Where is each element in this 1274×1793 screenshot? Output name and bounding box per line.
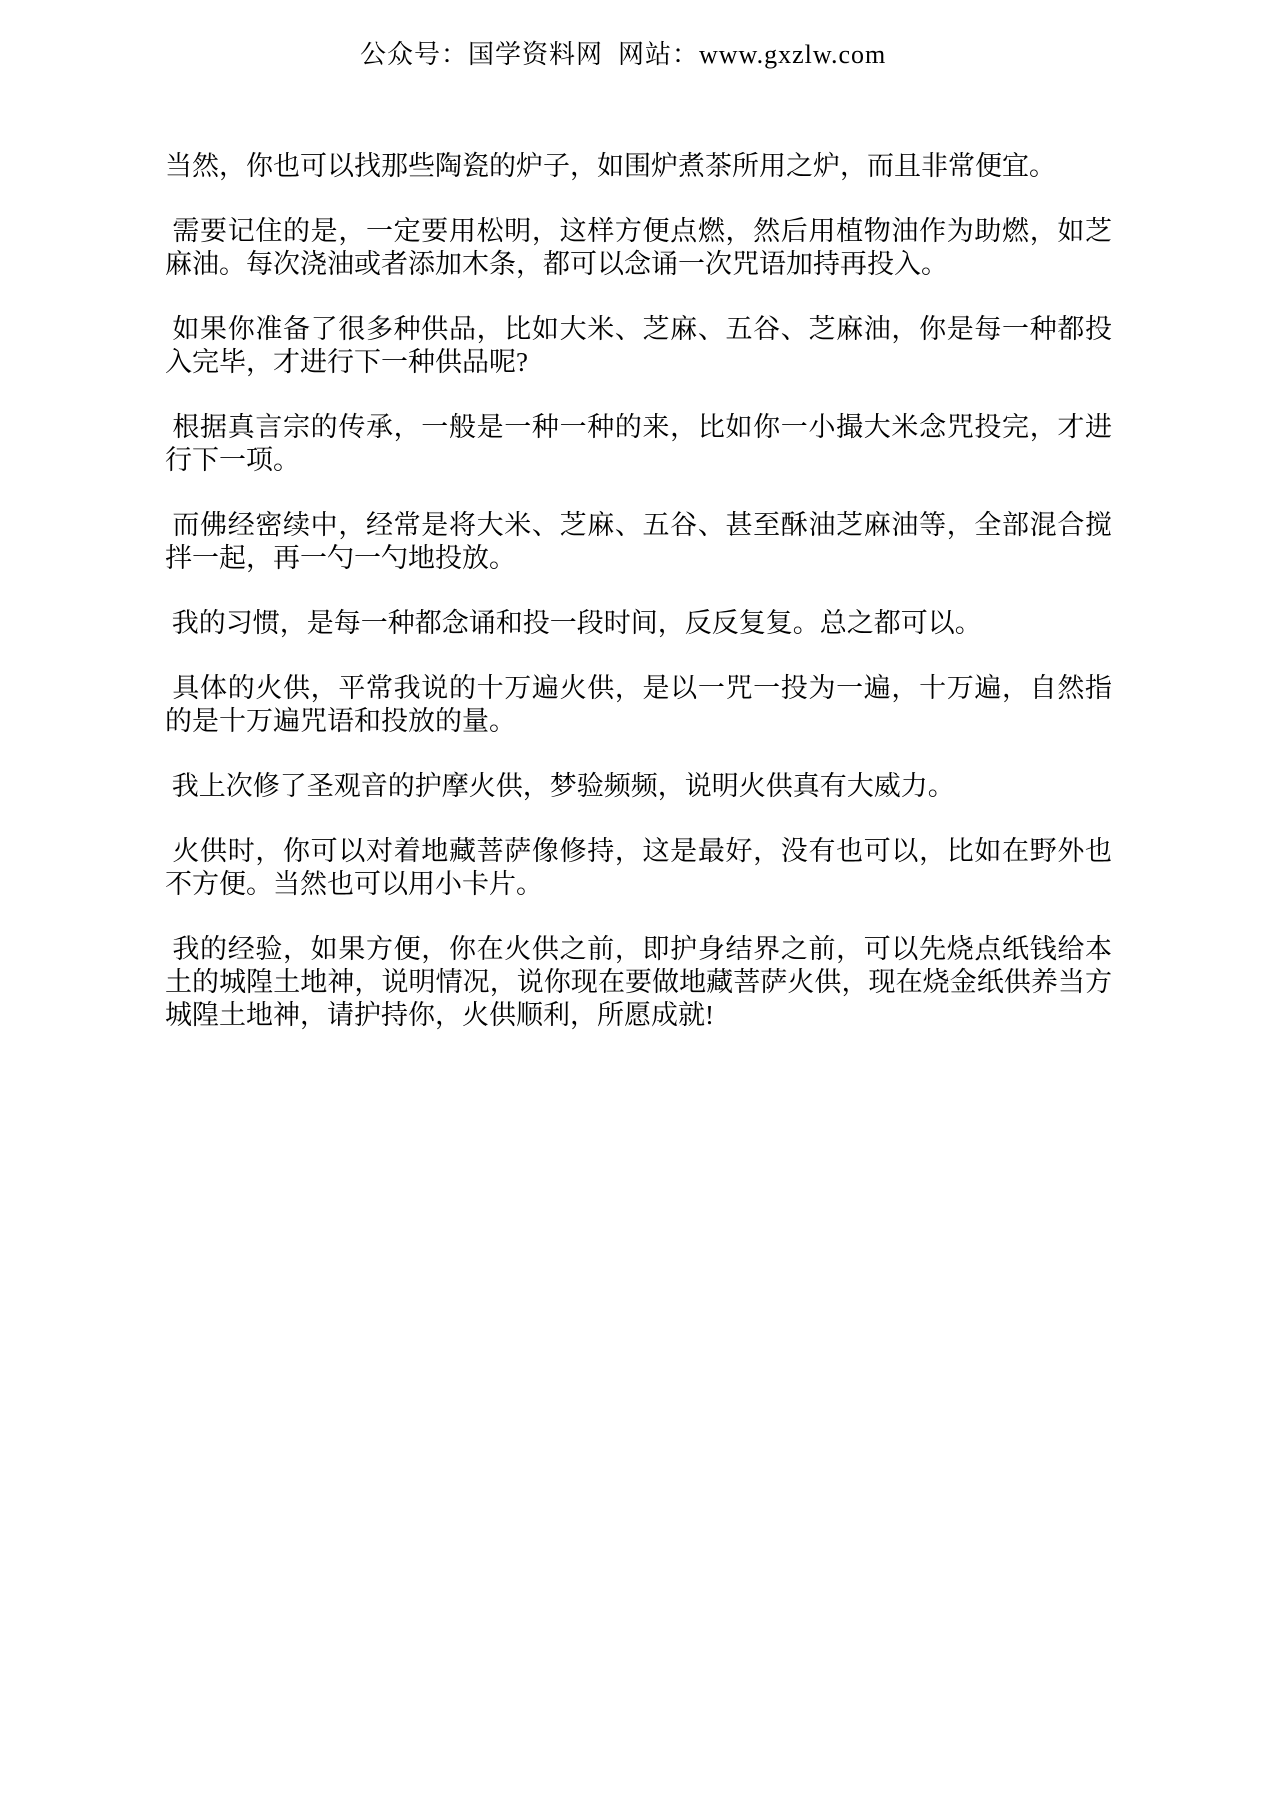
paragraph-4: 根据真言宗的传承，一般是一种一种的来，比如你一小撮大米念咒投完，才进行下一项。 [165,411,1112,477]
paragraph-7: 具体的火供，平常我说的十万遍火供，是以一咒一投为一遍，十万遍，自然指的是十万遍咒… [165,672,1112,738]
document-body: 当然，你也可以找那些陶瓷的炉子，如围炉煮茶所用之炉，而且非常便宜。 需要记住的是… [165,150,1112,1032]
paragraph-8: 我上次修了圣观音的护摩火供，梦验频频，说明火供真有大威力。 [165,770,1112,803]
paragraph-2: 需要记住的是，一定要用松明，这样方便点燃，然后用植物油作为助燃，如芝麻油。每次浇… [165,215,1112,281]
paragraph-6: 我的习惯，是每一种都念诵和投一段时间，反反复复。总之都可以。 [165,607,1112,640]
document-page: 公众号：国学资料网 网站：www.gxzlw.com 当然，你也可以找那些陶瓷的… [0,0,1274,1793]
paragraph-9: 火供时，你可以对着地藏菩萨像修持，这是最好，没有也可以，比如在野外也不方便。当然… [165,835,1112,901]
paragraph-3: 如果你准备了很多种供品，比如大米、芝麻、五谷、芝麻油，你是每一种都投入完毕，才进… [165,313,1112,379]
paragraph-5: 而佛经密续中，经常是将大米、芝麻、五谷、甚至酥油芝麻油等，全部混合搅拌一起，再一… [165,509,1112,575]
paragraph-10: 我的经验，如果方便，你在火供之前，即护身结界之前，可以先烧点纸钱给本土的城隍土地… [165,933,1112,1032]
paragraph-1: 当然，你也可以找那些陶瓷的炉子，如围炉煮茶所用之炉，而且非常便宜。 [165,150,1112,183]
document-header-line: 公众号：国学资料网 网站：www.gxzlw.com [360,40,1274,70]
